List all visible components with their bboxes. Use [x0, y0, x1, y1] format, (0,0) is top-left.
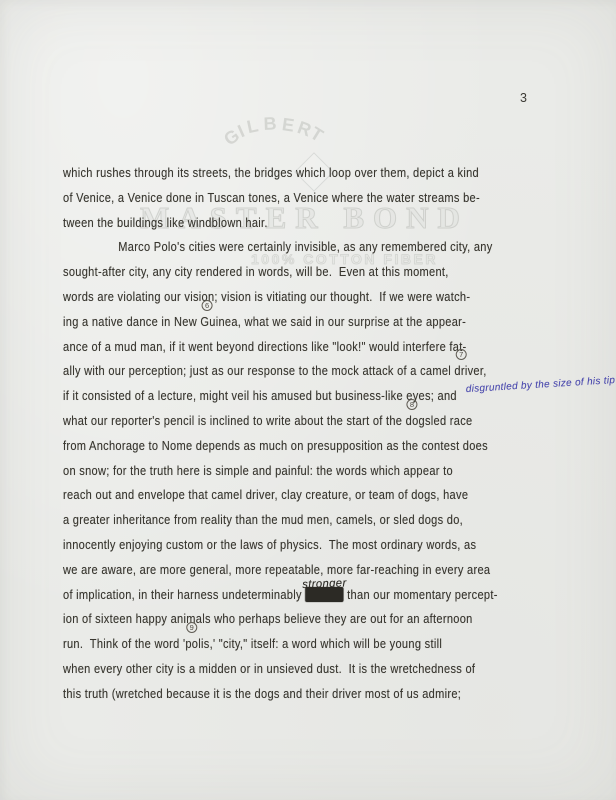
struck-out-word: ######stronger: [305, 587, 344, 602]
annotated-word: Guinea6: [200, 314, 237, 329]
typed-line: of implication, in their harness undeter…: [63, 583, 616, 608]
typed-line: on snow; for the truth here is simple an…: [63, 459, 616, 484]
watermark-brand: GILBERT: [212, 109, 364, 164]
typed-line: words are violating our vision; vision i…: [63, 285, 616, 310]
typed-text-block: which rushes through its streets, the br…: [63, 161, 616, 707]
typed-line: from Anchorage to Nome depends as much o…: [63, 434, 616, 459]
typed-line: a greater inheritance from reality than …: [63, 508, 616, 533]
typed-line: tween the buildings like windblown hair.: [63, 211, 616, 236]
page-number: 3: [520, 91, 527, 105]
typed-line: of Venice, a Venice done in Tuscan tones…: [63, 186, 616, 211]
annotated-word: polis9: [185, 636, 209, 651]
typed-line: which rushes through its streets, the br…: [63, 161, 616, 186]
watermark-letter: L: [245, 115, 260, 138]
typed-line: if it consisted of a lecture, might veil…: [63, 384, 616, 409]
typed-line: run. Think of the word 'polis9,' "city,"…: [63, 632, 616, 657]
typed-line: this truth (wretched because it is the d…: [63, 682, 616, 707]
typed-line: reach out and envelope that camel driver…: [63, 483, 616, 508]
circled-number: 9: [186, 622, 197, 633]
typed-line: when every other city is a midden or in …: [63, 657, 616, 682]
circled-number: 7: [455, 349, 466, 360]
handwritten-correction: stronger: [302, 571, 347, 597]
circled-number: 8: [407, 399, 418, 410]
typed-line: sought-after city, any city rendered in …: [63, 260, 616, 285]
typed-line: Marco Polo's cities were certainly invis…: [63, 235, 616, 260]
typed-line: what our reporter's pencil is inclined t…: [63, 409, 616, 434]
annotated-word: dogsled8: [406, 413, 447, 428]
typed-line: ance of a mud man, if it went beyond dir…: [63, 335, 616, 360]
circled-number: 6: [201, 300, 212, 311]
typed-line: ing a native dance in New Guinea6, what …: [63, 310, 616, 335]
typed-line: innocently enjoying custom or the laws o…: [63, 533, 616, 558]
typed-line: ion of sixteen happy animals who perhaps…: [63, 607, 616, 632]
watermark-letter: E: [281, 114, 296, 136]
watermark-letter: B: [263, 113, 277, 134]
